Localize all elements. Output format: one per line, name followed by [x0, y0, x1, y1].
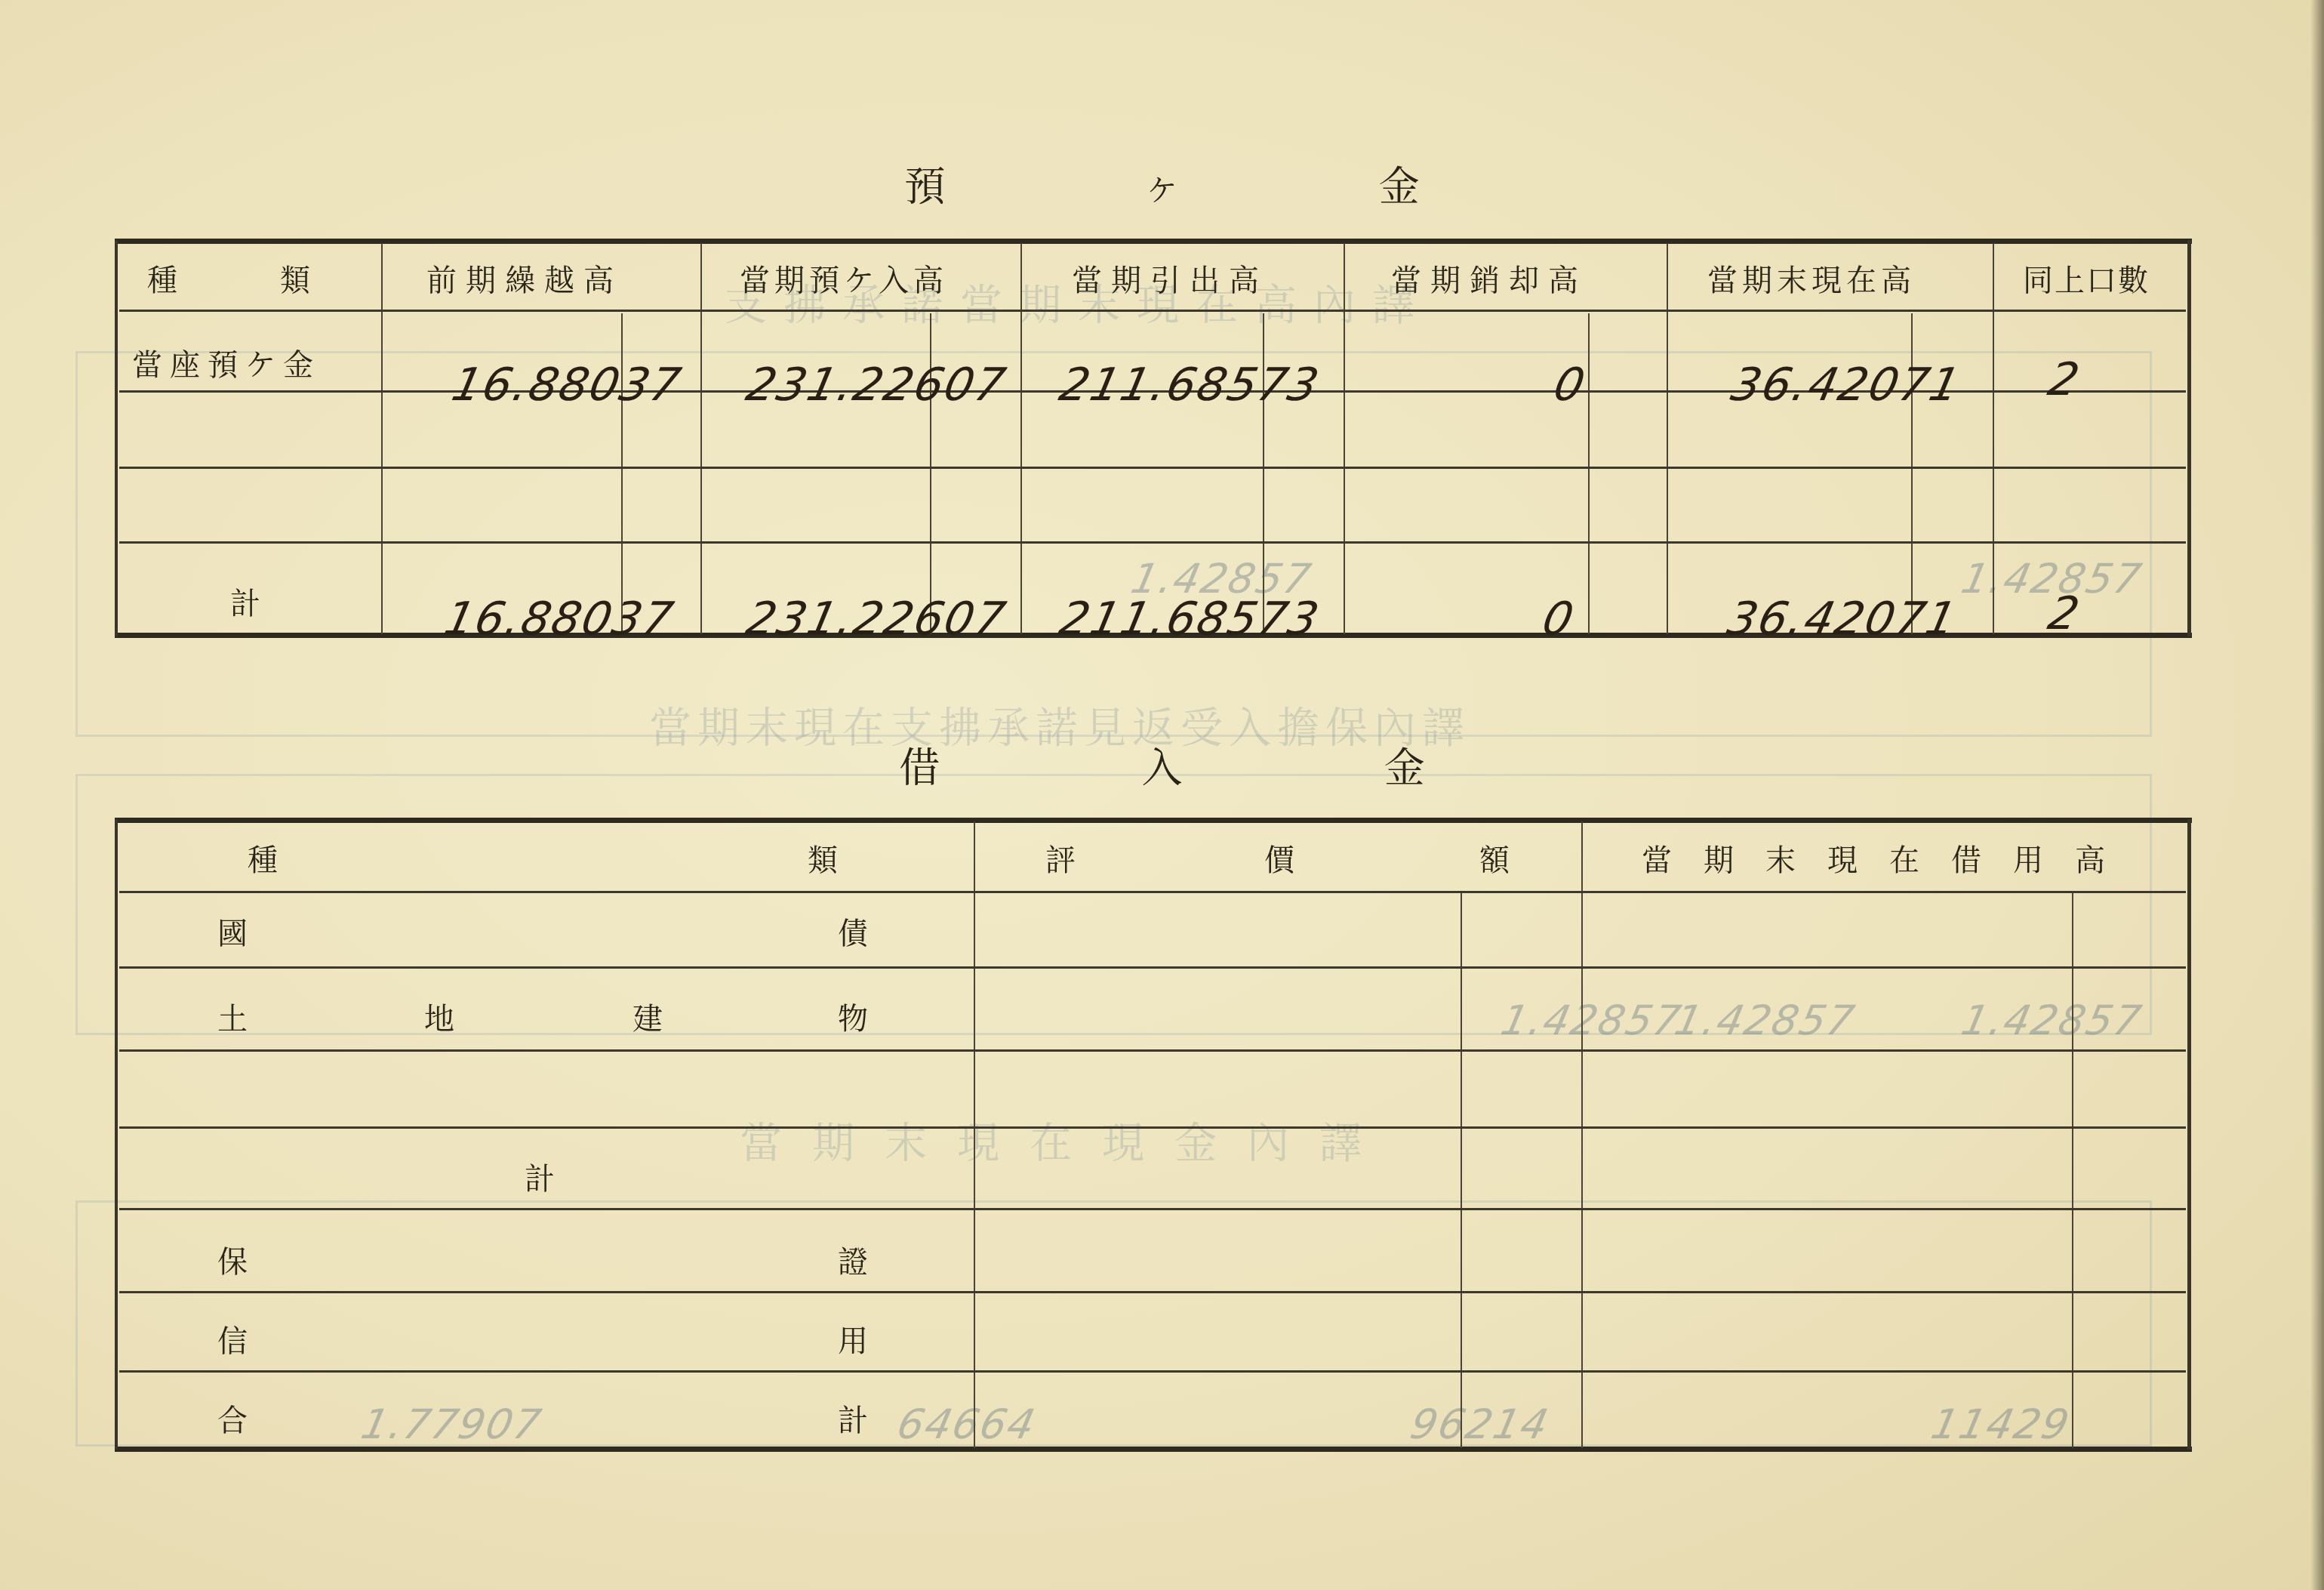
- row-label-char: 國: [217, 910, 248, 953]
- page-edge-shadow: [2310, 0, 2324, 1590]
- header-deposited: 當期預ケ入高: [740, 257, 948, 300]
- deposits-title-char: 預: [904, 155, 945, 213]
- table-rule: [974, 821, 975, 1448]
- borrowings-title-char: 金: [1384, 736, 1425, 794]
- deposits-title-char: ケ: [1147, 167, 1177, 210]
- table-rule: [1461, 891, 1462, 1448]
- header-valuation-char: 評: [1045, 837, 1076, 880]
- table-rule: [115, 240, 118, 636]
- deposits-title: 預 ケ 金: [0, 155, 2324, 213]
- total-deposited: 231.22607: [742, 593, 1011, 646]
- total-carried-forward: 16.88037: [440, 593, 679, 646]
- header-valuation-char: 額: [1479, 837, 1510, 880]
- table-rule: [381, 243, 383, 634]
- table-rule: [1667, 243, 1668, 634]
- row-label-current-deposit: 當座預ケ金: [132, 341, 321, 384]
- header-carried-forward: 前期繰越高: [426, 257, 623, 300]
- table-rule: [119, 1208, 2186, 1210]
- cell-deposited: 231.22607: [742, 359, 1011, 411]
- row-label-char: 合: [217, 1397, 248, 1440]
- table-rule: [119, 467, 2186, 469]
- showthrough-number: 64664: [893, 1400, 1040, 1448]
- header-written-off: 當期銷却高: [1391, 257, 1587, 300]
- total-withdrawn: 211.68573: [1055, 593, 1325, 646]
- header-type-right: 類: [808, 837, 838, 880]
- cell-balance: 36.42071: [1727, 359, 1966, 411]
- showthrough-number: 1.42857: [1957, 555, 2147, 602]
- row-label-char: 保: [217, 1238, 248, 1281]
- showthrough-number: 96214: [1406, 1400, 1553, 1448]
- table-rule: [115, 1447, 2192, 1452]
- header-type: 種 類: [147, 257, 313, 300]
- table-rule: [119, 891, 2186, 893]
- deposits-title-char: 金: [1379, 155, 1420, 213]
- showthrough-title-3: 當期末現在現金內譯: [740, 1110, 1392, 1170]
- row-label-char: 計: [838, 1397, 868, 1440]
- table-rule: [1344, 243, 1345, 634]
- row-label-total: 計: [230, 580, 260, 623]
- row-label-char: 債: [838, 910, 868, 953]
- table-rule: [115, 239, 2192, 244]
- header-withdrawn: 當期引出高: [1072, 257, 1268, 300]
- table-rule: [1581, 821, 1583, 1448]
- table-rule: [119, 966, 2186, 969]
- total-balance: 36.42071: [1723, 593, 1962, 646]
- cell-carried-forward: 16.88037: [448, 359, 687, 411]
- table-rule: [2187, 240, 2191, 636]
- borrowings-title-char: 借: [899, 736, 940, 794]
- borrowings-title: 借 入 金: [0, 736, 2324, 794]
- table-rule: [119, 1049, 2186, 1052]
- table-rule: [2187, 819, 2191, 1450]
- table-rule: [119, 1126, 2186, 1129]
- header-accounts: 同上口數: [2023, 257, 2150, 300]
- row-label-char: 證: [838, 1238, 868, 1281]
- showthrough-number: 1.42857: [1497, 997, 1686, 1044]
- row-label-char: 信: [217, 1317, 248, 1360]
- row-label-char: 計: [525, 1155, 555, 1198]
- table-rule: [1993, 243, 1994, 634]
- table-rule: [115, 818, 2192, 823]
- row-label-char: 地: [424, 995, 454, 1038]
- borrowings-title-char: 入: [1142, 736, 1183, 794]
- table-rule: [700, 243, 702, 634]
- showthrough-number: 1.77907: [357, 1400, 546, 1448]
- table-rule: [1020, 243, 1022, 634]
- row-label-char: 土: [217, 995, 248, 1038]
- row-label-char: 物: [838, 995, 868, 1038]
- header-valuation-char: 價: [1264, 837, 1294, 880]
- table-rule: [119, 541, 2186, 544]
- table-rule: [119, 1291, 2186, 1293]
- header-borrowing-balance: 當期末現在借用高: [1642, 837, 2137, 880]
- row-label-char: 用: [838, 1317, 868, 1360]
- row-label-char: 建: [633, 995, 663, 1038]
- cell-withdrawn: 211.68573: [1055, 359, 1325, 411]
- table-rule: [2072, 891, 2073, 1448]
- showthrough-number: 1.42857: [1957, 997, 2147, 1044]
- header-type-left: 種: [248, 837, 278, 880]
- header-balance: 當期末現在高: [1707, 257, 1916, 300]
- table-rule: [119, 1370, 2186, 1373]
- table-rule: [119, 310, 2186, 312]
- showthrough-number: 11429: [1927, 1400, 2074, 1448]
- table-rule: [115, 819, 118, 1450]
- showthrough-number: 1.42857: [1670, 997, 1860, 1044]
